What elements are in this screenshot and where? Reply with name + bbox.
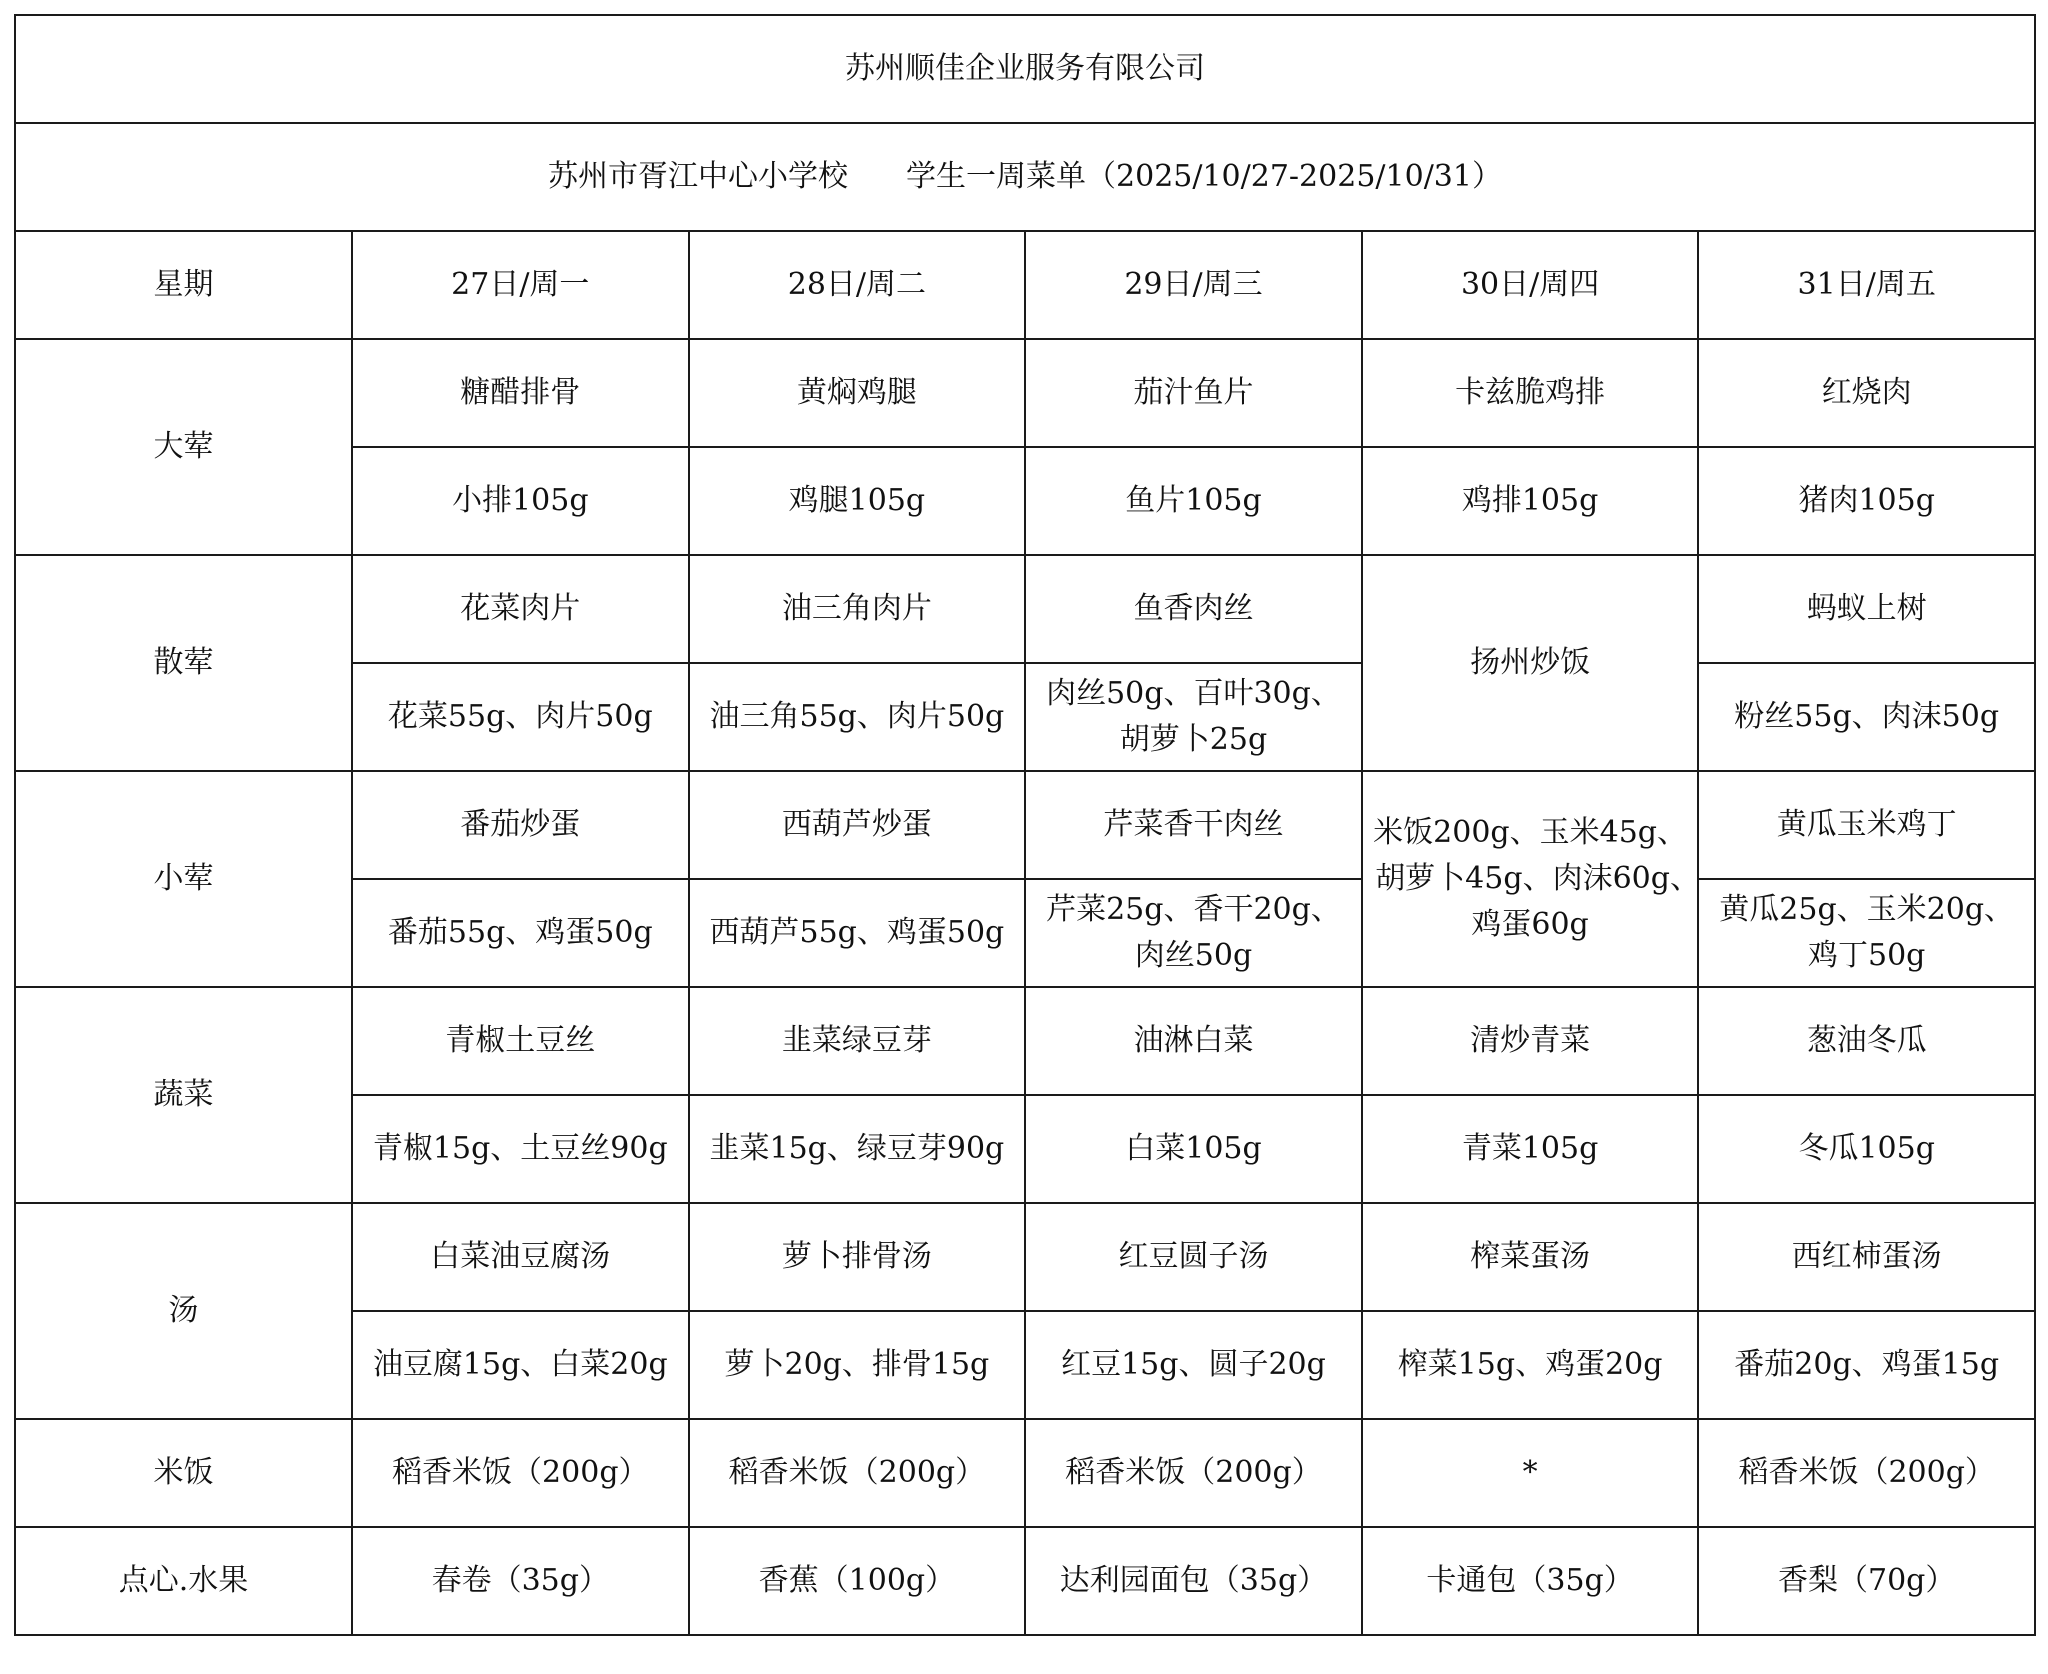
small-meat-merged-ingredients: 米饭200g、玉米45g、胡萝卜45g、肉沫60g、 鸡蛋60g: [1362, 771, 1699, 987]
soup-dish: 榨菜蛋汤: [1362, 1203, 1699, 1311]
side-meat-dish: 花菜肉片: [352, 555, 689, 663]
soup-dish-row: 汤 白菜油豆腐汤 萝卜排骨汤 红豆圆子汤 榨菜蛋汤 西红柿蛋汤: [15, 1203, 2035, 1311]
day-header-fri: 31日/周五: [1698, 231, 2035, 339]
main-meat-ingredients: 鱼片105g: [1025, 447, 1362, 555]
main-meat-dish: 糖醋排骨: [352, 339, 689, 447]
subtitle-row: 苏州市胥江中心小学校学生一周菜单（2025/10/27-2025/10/31）: [15, 123, 2035, 231]
category-main-meat: 大荤: [15, 339, 352, 555]
small-meat-dish: 西葫芦炒蛋: [689, 771, 1026, 879]
vegetable-ingredients: 青菜105g: [1362, 1095, 1699, 1203]
snack-item: 卡通包（35g）: [1362, 1527, 1699, 1635]
soup-ingredients: 红豆15g、圆子20g: [1025, 1311, 1362, 1419]
vegetable-dish: 油淋白菜: [1025, 987, 1362, 1095]
main-meat-dish: 茄汁鱼片: [1025, 339, 1362, 447]
menu-sheet: 苏州顺佳企业服务有限公司 苏州市胥江中心小学校学生一周菜单（2025/10/27…: [14, 14, 2034, 1660]
day-header-wed: 29日/周三: [1025, 231, 1362, 339]
rice-item: 稻香米饭（200g）: [689, 1419, 1026, 1527]
soup-dish: 萝卜排骨汤: [689, 1203, 1026, 1311]
small-meat-ingredients: 西葫芦55g、鸡蛋50g: [689, 879, 1026, 987]
vegetable-ingredients: 韭菜15g、绿豆芽90g: [689, 1095, 1026, 1203]
vegetable-dish: 葱油冬瓜: [1698, 987, 2035, 1095]
category-vegetable: 蔬菜: [15, 987, 352, 1203]
day-header-tue: 28日/周二: [689, 231, 1026, 339]
days-header-row: 星期 27日/周一 28日/周二 29日/周三 30日/周四 31日/周五: [15, 231, 2035, 339]
vegetable-ingredients: 青椒15g、土豆丝90g: [352, 1095, 689, 1203]
menu-subtitle: 苏州市胥江中心小学校学生一周菜单（2025/10/27-2025/10/31）: [15, 123, 2035, 231]
snack-item: 春卷（35g）: [352, 1527, 689, 1635]
small-meat-ingredients: 番茄55g、鸡蛋50g: [352, 879, 689, 987]
soup-dish: 西红柿蛋汤: [1698, 1203, 2035, 1311]
snack-item: 香梨（70g）: [1698, 1527, 2035, 1635]
vegetable-dish-row: 蔬菜 青椒土豆丝 韭菜绿豆芽 油淋白菜 清炒青菜 葱油冬瓜: [15, 987, 2035, 1095]
rice-item: 稻香米饭（200g）: [1025, 1419, 1362, 1527]
main-meat-ingredients: 猪肉105g: [1698, 447, 2035, 555]
side-meat-dish: 蚂蚁上树: [1698, 555, 2035, 663]
company-name: 苏州顺佳企业服务有限公司: [15, 15, 2035, 123]
rice-row: 米饭 稻香米饭（200g） 稻香米饭（200g） 稻香米饭（200g） * 稻香…: [15, 1419, 2035, 1527]
small-meat-dish-row: 小荤 番茄炒蛋 西葫芦炒蛋 芹菜香干肉丝 米饭200g、玉米45g、胡萝卜45g…: [15, 771, 2035, 879]
side-meat-ingredients: 油三角55g、肉片50g: [689, 663, 1026, 771]
side-meat-dish: 油三角肉片: [689, 555, 1026, 663]
category-snack-fruit: 点心.水果: [15, 1527, 352, 1635]
soup-ingredients: 榨菜15g、鸡蛋20g: [1362, 1311, 1699, 1419]
day-header-mon: 27日/周一: [352, 231, 689, 339]
main-meat-ingredients: 鸡腿105g: [689, 447, 1026, 555]
main-meat-dish: 红烧肉: [1698, 339, 2035, 447]
snack-item: 达利园面包（35g）: [1025, 1527, 1362, 1635]
soup-ingredients: 番茄20g、鸡蛋15g: [1698, 1311, 2035, 1419]
soup-dish: 白菜油豆腐汤: [352, 1203, 689, 1311]
vegetable-dish: 韭菜绿豆芽: [689, 987, 1026, 1095]
vegetable-dish: 清炒青菜: [1362, 987, 1699, 1095]
menu-title: 学生一周菜单（2025/10/27-2025/10/31）: [906, 159, 1502, 194]
main-meat-dish: 黄焖鸡腿: [689, 339, 1026, 447]
snack-item: 香蕉（100g）: [689, 1527, 1026, 1635]
main-meat-ingredients: 鸡排105g: [1362, 447, 1699, 555]
main-meat-dish: 卡兹脆鸡排: [1362, 339, 1699, 447]
soup-ingredients: 油豆腐15g、白菜20g: [352, 1311, 689, 1419]
side-meat-ingredients: 肉丝50g、百叶30g、胡萝卜25g: [1025, 663, 1362, 771]
weekday-label: 星期: [15, 231, 352, 339]
snack-fruit-row: 点心.水果 春卷（35g） 香蕉（100g） 达利园面包（35g） 卡通包（35…: [15, 1527, 2035, 1635]
soup-dish: 红豆圆子汤: [1025, 1203, 1362, 1311]
side-meat-dish-merged: 扬州炒饭: [1362, 555, 1699, 771]
vegetable-ingredients: 白菜105g: [1025, 1095, 1362, 1203]
small-meat-ingredients: 黄瓜25g、玉米20g、鸡丁50g: [1698, 879, 2035, 987]
category-small-meat: 小荤: [15, 771, 352, 987]
rice-item: 稻香米饭（200g）: [352, 1419, 689, 1527]
category-side-meat: 散荤: [15, 555, 352, 771]
main-meat-ingredients: 小排105g: [352, 447, 689, 555]
side-meat-ingredients: 花菜55g、肉片50g: [352, 663, 689, 771]
small-meat-dish: 番茄炒蛋: [352, 771, 689, 879]
school-name: 苏州市胥江中心小学校: [548, 159, 848, 194]
category-rice: 米饭: [15, 1419, 352, 1527]
small-meat-dish: 芹菜香干肉丝: [1025, 771, 1362, 879]
company-row: 苏州顺佳企业服务有限公司: [15, 15, 2035, 123]
vegetable-ingredients: 冬瓜105g: [1698, 1095, 2035, 1203]
day-header-thu: 30日/周四: [1362, 231, 1699, 339]
side-meat-dish-row: 散荤 花菜肉片 油三角肉片 鱼香肉丝 扬州炒饭 蚂蚁上树: [15, 555, 2035, 663]
soup-ingredients: 萝卜20g、排骨15g: [689, 1311, 1026, 1419]
vegetable-dish: 青椒土豆丝: [352, 987, 689, 1095]
side-meat-dish: 鱼香肉丝: [1025, 555, 1362, 663]
main-meat-dish-row: 大荤 糖醋排骨 黄焖鸡腿 茄汁鱼片 卡兹脆鸡排 红烧肉: [15, 339, 2035, 447]
small-meat-ingredients: 芹菜25g、香干20g、肉丝50g: [1025, 879, 1362, 987]
category-soup: 汤: [15, 1203, 352, 1419]
weekly-menu-table: 苏州顺佳企业服务有限公司 苏州市胥江中心小学校学生一周菜单（2025/10/27…: [14, 14, 2036, 1636]
side-meat-ingredients: 粉丝55g、肉沫50g: [1698, 663, 2035, 771]
rice-item: 稻香米饭（200g）: [1698, 1419, 2035, 1527]
rice-item: *: [1362, 1419, 1699, 1527]
small-meat-dish: 黄瓜玉米鸡丁: [1698, 771, 2035, 879]
